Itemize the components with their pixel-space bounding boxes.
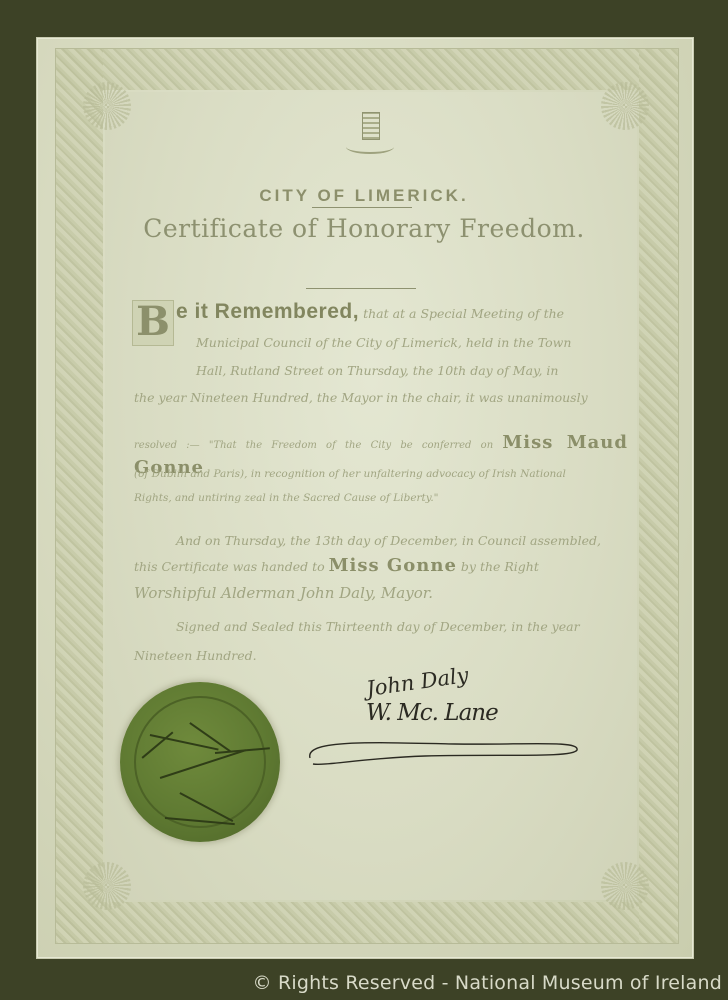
paragraph-1-line-2: Municipal Council of the City of Limeric… (196, 329, 628, 356)
paragraph-1-line-4: the year Nineteen Hundred, the Mayor in … (134, 384, 628, 411)
corner-fan-ornament-icon (83, 82, 131, 130)
divider (312, 207, 412, 208)
corner-fan-ornament-icon (601, 862, 649, 910)
paragraph-1-line-1: e it Remembered, that at a Special Meeti… (176, 298, 628, 327)
corner-fan-ornament-icon (83, 862, 131, 910)
signature-clerk: W. Mc. Lane (366, 700, 498, 726)
document-title: Certificate of Honorary Freedom. (0, 214, 728, 243)
divider (306, 288, 416, 289)
paragraph-2-line-2: this Certificate was handed to Miss Gonn… (134, 552, 628, 580)
paragraph-1-line-7: Rights, and untiring zeal in the Sacred … (134, 485, 628, 512)
document-header: CITY OF LIMERICK. (0, 186, 728, 206)
copyright-caption: © Rights Reserved - National Museum of I… (253, 972, 722, 994)
wax-seal-icon (120, 682, 280, 842)
limerick-crest-icon (340, 112, 400, 160)
paragraph-3-line-1: Signed and Sealed this Thirteenth day of… (176, 613, 628, 640)
opening-phrase: e it Remembered, (176, 300, 359, 323)
paragraph-3-line-2: Nineteen Hundred. (134, 642, 628, 669)
signature-flourish-icon (305, 728, 590, 773)
recipient-name-short: Miss Gonne (329, 555, 457, 576)
dropcap-letter: B (132, 300, 174, 346)
corner-fan-ornament-icon (601, 82, 649, 130)
paragraph-1-line-6: (of Dublin and Paris), in recognition of… (134, 461, 628, 488)
paragraph-1-line-3: Hall, Rutland Street on Thursday, the 10… (196, 357, 628, 384)
paragraph-2-line-1: And on Thursday, the 13th day of Decembe… (176, 527, 628, 554)
paragraph-2-line-3: Worshipful Alderman John Daly, Mayor. (134, 580, 628, 607)
